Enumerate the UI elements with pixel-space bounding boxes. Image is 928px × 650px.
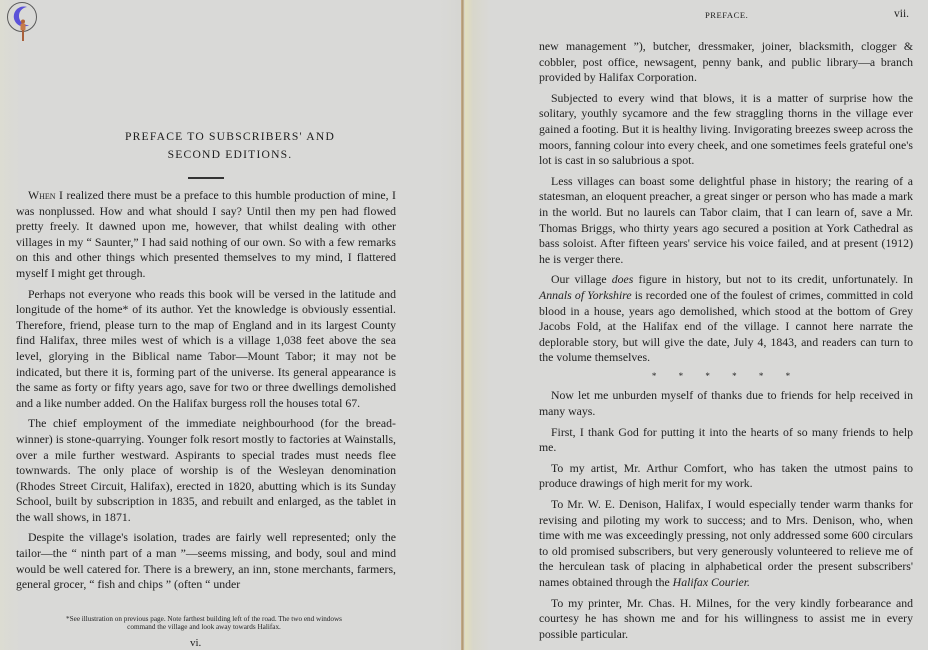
paragraph: Less villages can boast some delightful … xyxy=(539,174,913,268)
page-number-left: vi. xyxy=(190,637,201,649)
paragraph: Our village does figure in history, but … xyxy=(539,272,913,366)
paragraph: Subjected to every wind that blows, it i… xyxy=(539,91,913,169)
book-title-italic: Annals of Yorkshire xyxy=(539,288,632,302)
paragraph: To my artist, Mr. Arthur Comfort, who ha… xyxy=(539,461,913,492)
paragraph: When I realized there must be a preface … xyxy=(16,188,396,282)
right-page-body: new management ”), butcher, dressmaker, … xyxy=(539,39,913,647)
paragraph: First, I thank God for putting it into t… xyxy=(539,425,913,456)
emphasis: does xyxy=(612,272,634,286)
gutter-shadow xyxy=(465,0,473,650)
title-line-1: PREFACE TO SUBSCRIBERS' AND xyxy=(60,128,400,146)
chapter-title: PREFACE TO SUBSCRIBERS' AND SECOND EDITI… xyxy=(60,128,400,164)
newspaper-title-italic: Halifax Courier. xyxy=(673,575,750,589)
title-rule-divider xyxy=(188,177,224,179)
book-gutter xyxy=(461,0,464,650)
footnote: *See illustration on previous page. Note… xyxy=(10,615,398,632)
opening-small-caps: When xyxy=(28,188,56,202)
paragraph: The chief employment of the immediate ne… xyxy=(16,416,396,525)
paragraph: Despite the village's isolation, trades … xyxy=(16,530,396,592)
paragraph: Perhaps not everyone who reads this book… xyxy=(16,287,396,412)
section-separator: * * * * * * xyxy=(539,369,913,385)
running-head: PREFACE. xyxy=(705,10,748,20)
crescent-figure-logo-icon xyxy=(5,1,39,43)
paragraph: To Mr. W. E. Denison, Halifax, I would e… xyxy=(539,497,913,591)
paragraph: To my printer, Mr. Chas. H. Milnes, for … xyxy=(539,596,913,643)
paragraph: Now let me unburden myself of thanks due… xyxy=(539,388,913,419)
paragraph: new management ”), butcher, dressmaker, … xyxy=(539,39,913,86)
left-page-body: When I realized there must be a preface … xyxy=(16,188,396,598)
page-number-right: vii. xyxy=(894,8,909,20)
title-line-2: SECOND EDITIONS. xyxy=(60,146,400,164)
